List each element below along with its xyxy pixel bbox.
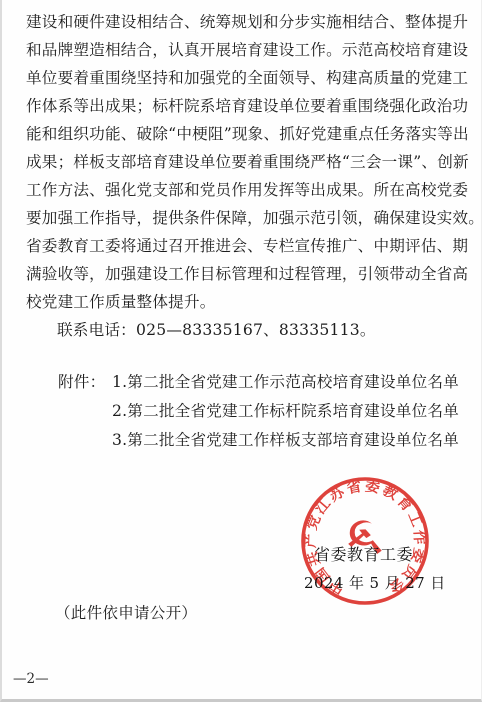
body-line: 满验收等，加强建设工作目标管理和过程管理，引领带动全省高 [26, 260, 480, 288]
signature-org: 省委教育工委 [314, 545, 413, 565]
attachments-list: 1.第二批全省党建工作示范高校培育建设单位名单 2.第二批全省党建工作标杆院系培… [112, 368, 459, 455]
seal-graphic: 中国共产党江苏省委教育工作委员会 ☭ [285, 461, 445, 621]
body-line: 成果；样板支部培育建设单位要着重围绕严格“三会一课”、创新 [26, 148, 480, 176]
attachment-item: 3.第二批全省党建工作样板支部培育建设单位名单 [112, 426, 459, 455]
page-number: —2— [13, 670, 49, 688]
attachments-label: 附件： [58, 368, 112, 397]
body-line: 单位要着重围绕坚持和加强党的全面领导、构建高质量的党建工 [26, 64, 480, 92]
attachment-item: 1.第二批全省党建工作示范高校培育建设单位名单 [112, 368, 459, 397]
body-line: 省委教育工委将通过召开推进会、专栏宣传推广、中期评估、期 [26, 232, 480, 260]
body-line: 要加强工作指导，提供条件保障，加强示范引领，确保建设实效。 [26, 204, 480, 232]
signature-date: 2024 年 5 月 27 日 [304, 573, 446, 593]
body-line: 工作方法、强化党支部和党员作用发挥等出成果。所在高校党委 [26, 176, 480, 204]
disclosure-note: （此件依申请公开） [55, 602, 197, 624]
body-line: 建设和硬件建设相结合、统筹规划和分步实施相结合、整体提升 [26, 8, 480, 36]
body-line: 能和组织功能、破除“中梗阻”现象、抓好党建重点任务落实等出 [26, 120, 480, 148]
body-line: 校党建工作质量整体提升。 [26, 288, 480, 316]
attachment-item: 2.第二批全省党建工作标杆院系培育建设单位名单 [112, 397, 459, 426]
body-paragraph: 建设和硬件建设相结合、统筹规划和分步实施相结合、整体提升 和品牌塑造相结合，认真… [26, 8, 480, 344]
body-line: 作体系等出成果；标杆院系培育建设单位要着重围绕强化政治功 [26, 92, 480, 120]
attachments-block: 附件： 1.第二批全省党建工作示范高校培育建设单位名单 2.第二批全省党建工作标… [58, 368, 459, 455]
document-page: 建设和硬件建设相结合、统筹规划和分步实施相结合、整体提升 和品牌塑造相结合，认真… [0, 0, 482, 702]
body-line: 和品牌塑造相结合，认真开展培育建设工作。示范高校培育建设 [26, 36, 480, 64]
official-seal: 中国共产党江苏省委教育工作委员会 ☭ [285, 461, 445, 621]
contact-line: 联系电话：025—83335167、83335113。 [26, 316, 480, 344]
